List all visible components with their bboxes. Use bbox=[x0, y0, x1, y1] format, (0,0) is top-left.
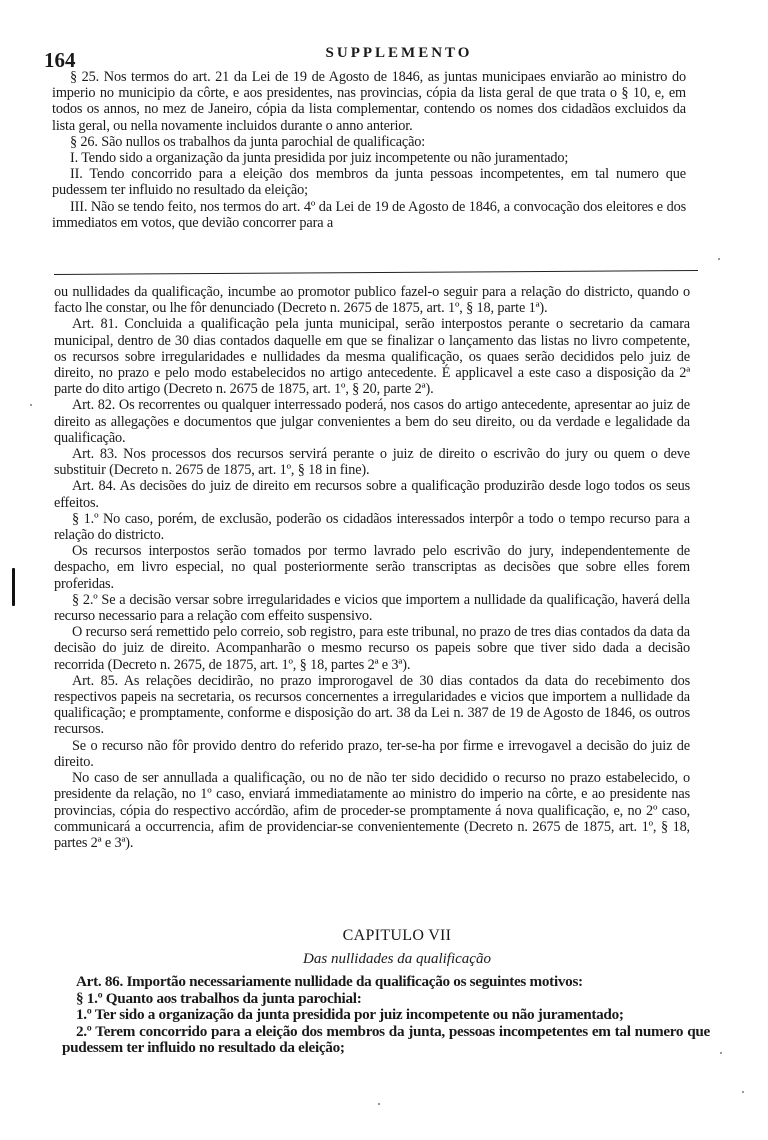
paragraph-art-83: Art. 83. Nos processos dos recursos serv… bbox=[54, 446, 690, 478]
paragraph-art-85: Art. 85. As relações decidirão, no prazo… bbox=[54, 673, 690, 738]
chapter-body: Art. 86. Importão necessariamente nullid… bbox=[62, 974, 710, 1057]
lower-section: ou nullidades da qualificação, incumbe a… bbox=[54, 284, 690, 851]
paragraph-item-ii: II. Tendo concorrido para a eleição dos … bbox=[52, 166, 686, 198]
paragraph-continuation: ou nullidades da qualificação, incumbe a… bbox=[54, 284, 690, 316]
paragraph-sec26: § 26. São nullos os trabalhos da junta p… bbox=[52, 134, 686, 150]
paragraph-art-85-annullada: No caso de ser annullada a qualificação,… bbox=[54, 770, 690, 851]
paragraph-art-84-recursos: Os recursos interpostos serão tomados po… bbox=[54, 543, 690, 592]
scan-speck bbox=[720, 1052, 722, 1054]
paragraph-art-85-prazo: Se o recurso não fôr provido dentro do r… bbox=[54, 738, 690, 770]
paragraph-item-iii: III. Não se tendo feito, nos termos do a… bbox=[52, 199, 686, 231]
running-title: SUPPLEMENTO bbox=[0, 45, 768, 62]
scan-speck bbox=[742, 1091, 744, 1093]
paragraph-art-86-item1: 1.º Ter sido a organização da junta pres… bbox=[62, 1007, 710, 1024]
scan-speck bbox=[378, 1103, 380, 1105]
paragraph-art-84-sec2: § 2.º Se a decisão versar sobre irregula… bbox=[54, 592, 690, 624]
paragraph-art-82: Art. 82. Os recorrentes ou qualquer inte… bbox=[54, 397, 690, 446]
chapter-title: CAPITULO VII bbox=[0, 927, 768, 945]
upper-section: § 25. Nos termos do art. 21 da Lei de 19… bbox=[52, 69, 686, 231]
section-divider-rule bbox=[54, 270, 698, 275]
paragraph-item-i: I. Tendo sido a organização da junta pre… bbox=[52, 150, 686, 166]
paragraph-art-81: Art. 81. Concluida a qualificação pela j… bbox=[54, 316, 690, 397]
paragraph-art-86: Art. 86. Importão necessariamente nullid… bbox=[62, 974, 710, 991]
paragraph-art-84-sec1: § 1.º No caso, porém, de exclusão, poder… bbox=[54, 511, 690, 543]
paragraph-art-84-remessa: O recurso será remettido pelo correio, s… bbox=[54, 624, 690, 673]
margin-ink-mark bbox=[12, 568, 15, 606]
paragraph-art-84: Art. 84. As decisões do juiz de direito … bbox=[54, 478, 690, 510]
paragraph-art-86-item2: 2.º Terem concorrido para a eleição dos … bbox=[62, 1024, 710, 1057]
scan-speck bbox=[718, 258, 720, 260]
scanned-page: 164 SUPPLEMENTO § 25. Nos termos do art.… bbox=[0, 0, 768, 1140]
paragraph-art-86-sec1: § 1.º Quanto aos trabalhos da junta paro… bbox=[62, 991, 710, 1008]
chapter-subtitle: Das nullidades da qualificação bbox=[0, 951, 768, 968]
paragraph-sec25: § 25. Nos termos do art. 21 da Lei de 19… bbox=[52, 69, 686, 134]
scan-speck bbox=[30, 404, 32, 406]
